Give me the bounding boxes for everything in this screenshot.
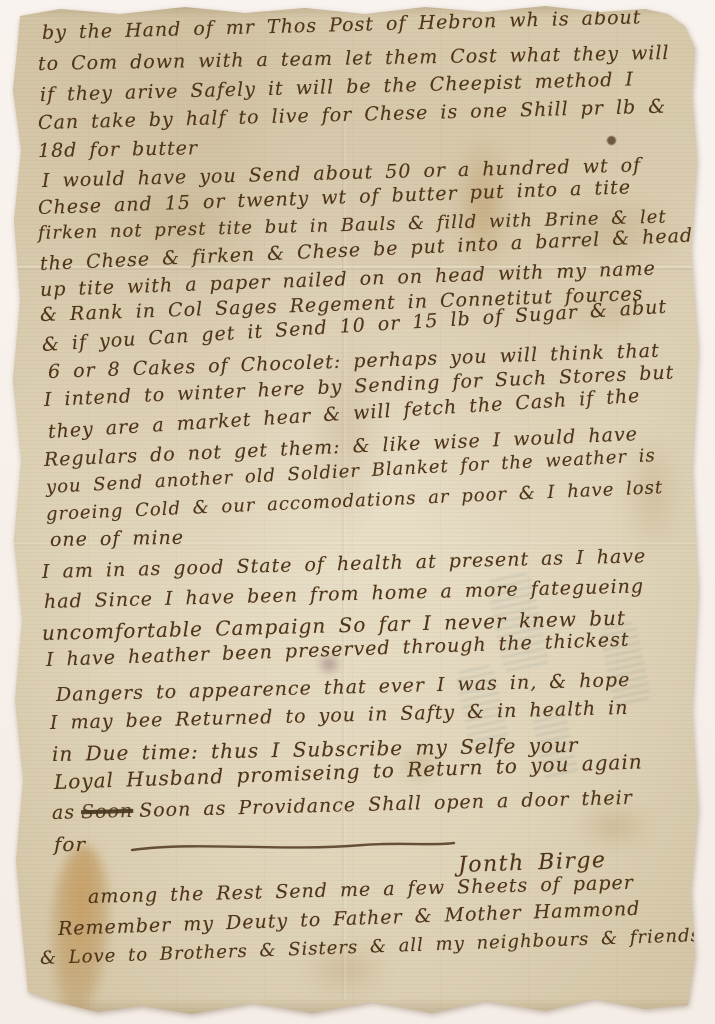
stain: [575, 805, 653, 847]
letter-line: one of mine: [50, 527, 184, 551]
struck-out-word: Soon: [81, 800, 134, 823]
paper-shadow-wrap: by the Hand of mr Thos Post of Hebron wh…: [0, 0, 715, 1024]
line-text-pre: as: [52, 801, 76, 824]
letter-photo: by the Hand of mr Thos Post of Hebron wh…: [0, 0, 715, 1024]
letter-line: by the Hand of mr Thos Post of Hebron wh…: [42, 6, 642, 44]
letter-line: for: [54, 832, 86, 856]
line-text-post: Soon as Providance Shall open a door the…: [139, 787, 633, 822]
letter-line: 18d for butter: [38, 137, 198, 162]
paper-sheet: by the Hand of mr Thos Post of Hebron wh…: [0, 0, 715, 1024]
ink-dot: [607, 136, 616, 145]
letter-line-with-strikeout: asSoonSoon as Providance Shall open a do…: [52, 787, 633, 824]
flourish-line: [128, 834, 458, 856]
